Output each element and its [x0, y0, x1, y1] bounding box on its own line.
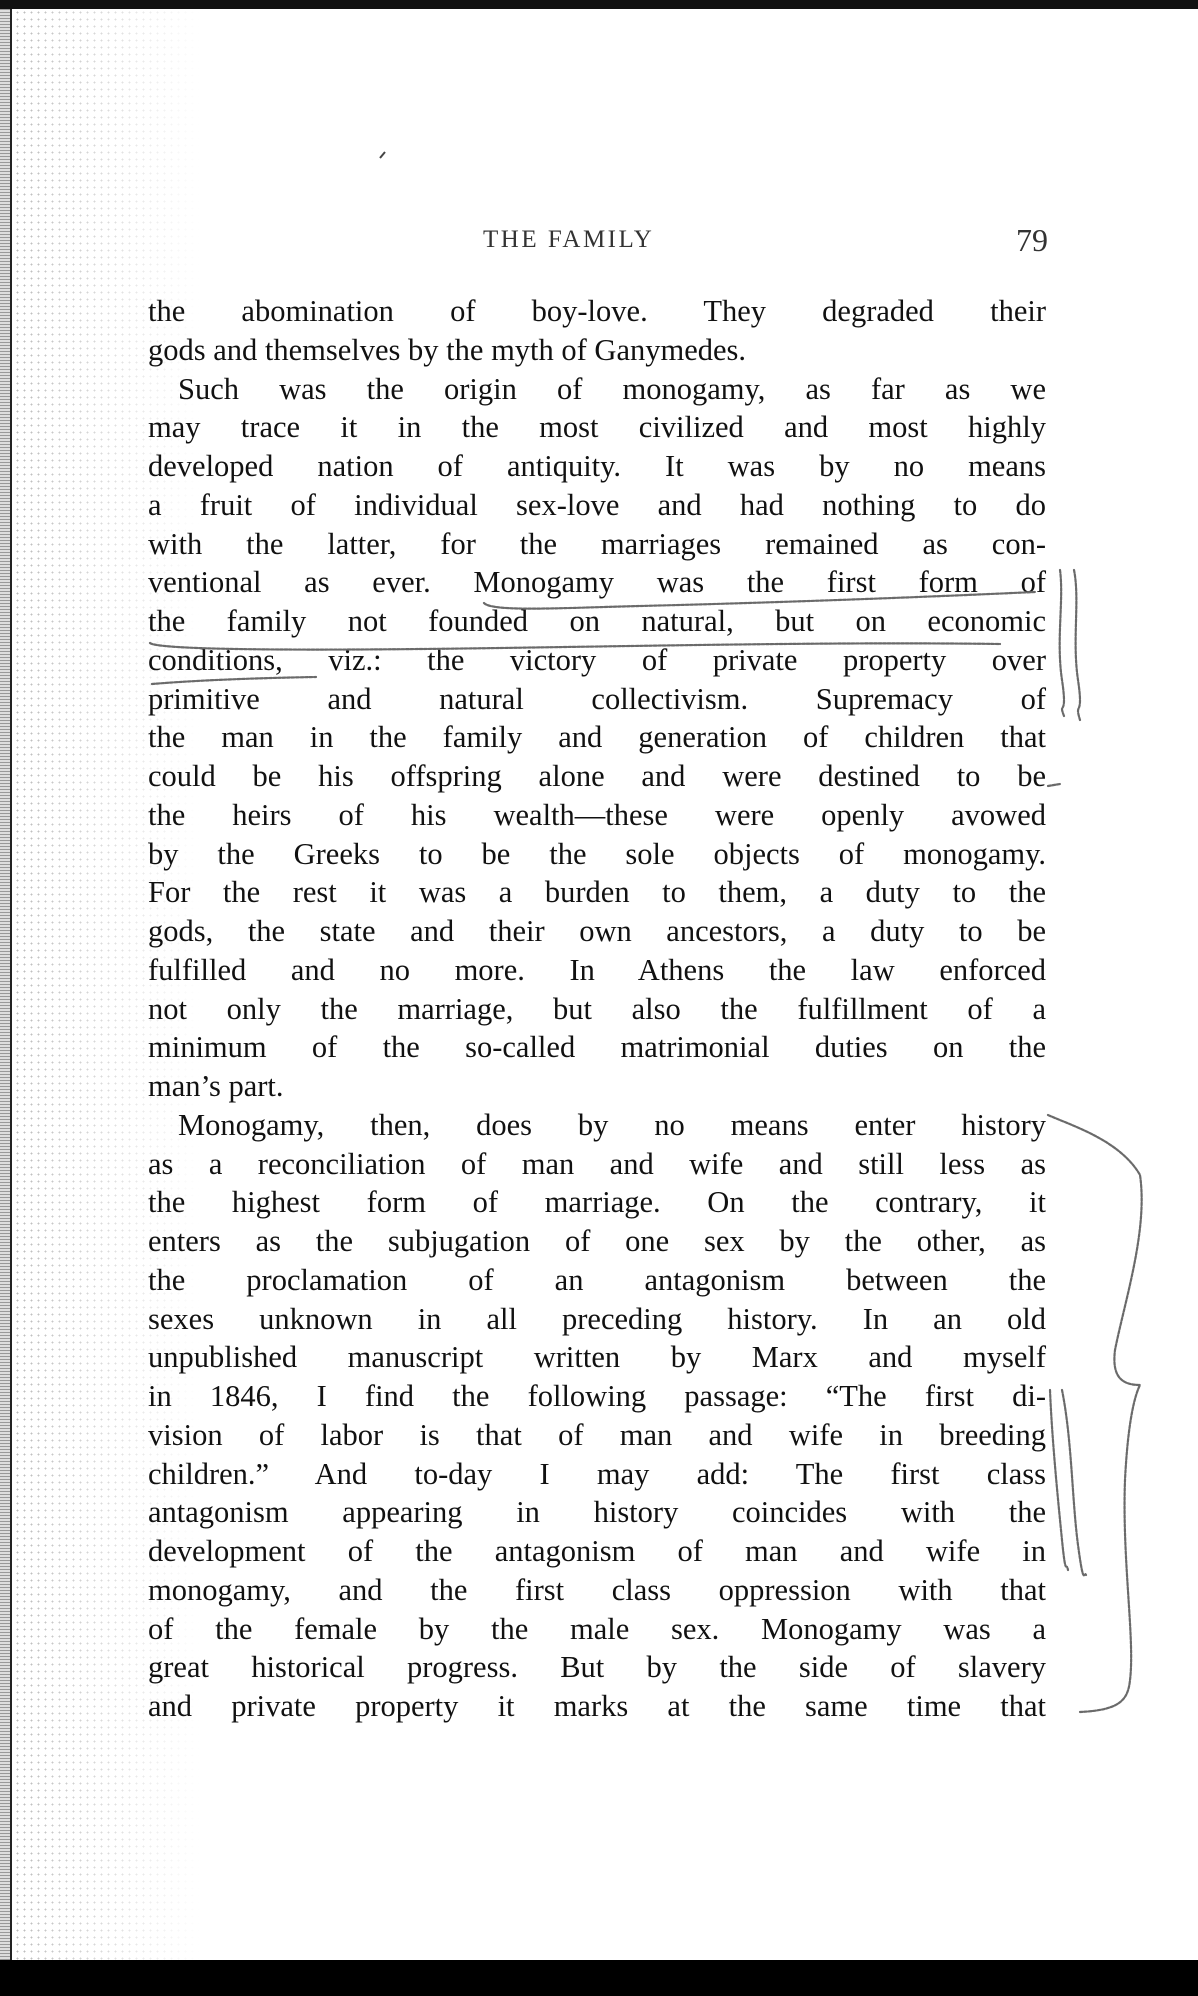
text-line: the family not founded on natural, but o… [148, 602, 1046, 641]
page-number: 79 [1016, 222, 1048, 259]
text-line: conditions, viz.: the victory of private… [148, 641, 1046, 680]
text-line: of the female by the male sex. Monogamy … [148, 1610, 1046, 1649]
book-spine-line [10, 9, 12, 1960]
text-line: monogamy, and the first class oppression… [148, 1571, 1046, 1610]
text-line: sexes unknown in all preceding history. … [148, 1300, 1046, 1339]
text-line: the highest form of marriage. On the con… [148, 1183, 1046, 1222]
text-line: the proclamation of an antagonism betwee… [148, 1261, 1046, 1300]
text-line: the man in the family and generation of … [148, 718, 1046, 757]
running-header: THE FAMILY 79 [148, 226, 1048, 260]
text-line: a fruit of individual sex-love and had n… [148, 486, 1046, 525]
double-bracket-lower-b [1062, 1390, 1086, 1575]
large-bracket-lower [1048, 1115, 1142, 1712]
text-line: Such was the origin of monogamy, as far … [148, 370, 1046, 409]
stray-mark [1048, 784, 1060, 786]
text-line: great historical progress. But by the si… [148, 1648, 1046, 1687]
scan-top-border [0, 0, 1198, 9]
double-bracket-upper-a [1060, 570, 1064, 716]
text-line: and private property it marks at the sam… [148, 1687, 1046, 1726]
text-line: enters as the subjugation of one sex by … [148, 1222, 1046, 1261]
text-line: unpublished manuscript written by Marx a… [148, 1338, 1046, 1377]
text-line: gods, the state and their own ancestors,… [148, 912, 1046, 951]
scan-bottom-border [0, 1960, 1198, 1996]
text-line: vision of labor is that of man and wife … [148, 1416, 1046, 1455]
double-bracket-upper-b [1074, 570, 1080, 720]
text-line: in 1846, I find the following passage: “… [148, 1377, 1046, 1416]
text-line: with the latter, for the marriages remai… [148, 525, 1046, 564]
text-line: minimum of the so-called matrimonial dut… [148, 1028, 1046, 1067]
text-line: ventional as ever. Monogamy was the firs… [148, 563, 1046, 602]
text-line: fulfilled and no more. In Athens the law… [148, 951, 1046, 990]
text-line: antagonism appearing in history coincide… [148, 1493, 1046, 1532]
text-line: children.” And to-day I may add: The fir… [148, 1455, 1046, 1494]
running-title: THE FAMILY [483, 226, 654, 254]
text-line: could be his offspring alone and were de… [148, 757, 1046, 796]
text-line: as a reconciliation of man and wife and … [148, 1145, 1046, 1184]
text-line: gods and themselves by the myth of Ganym… [148, 331, 1046, 370]
text-line: by the Greeks to be the sole objects of … [148, 835, 1046, 874]
stray-tick-mark [380, 152, 385, 158]
text-line: developed nation of antiquity. It was by… [148, 447, 1046, 486]
text-line: development of the antagonism of man and… [148, 1532, 1046, 1571]
text-line: man’s part. [148, 1067, 1046, 1106]
text-line: not only the marriage, but also the fulf… [148, 990, 1046, 1029]
text-line: For the rest it was a burden to them, a … [148, 873, 1046, 912]
text-line: may trace it in the most civilized and m… [148, 408, 1046, 447]
body-text: the abomination of boy-love. They degrad… [148, 292, 1046, 1726]
double-bracket-lower-a [1050, 1390, 1068, 1570]
text-line: Monogamy, then, does by no means enter h… [148, 1106, 1046, 1145]
text-line: primitive and natural collectivism. Supr… [148, 680, 1046, 719]
text-line: the abomination of boy-love. They degrad… [148, 292, 1046, 331]
text-line: the heirs of his wealth—these were openl… [148, 796, 1046, 835]
